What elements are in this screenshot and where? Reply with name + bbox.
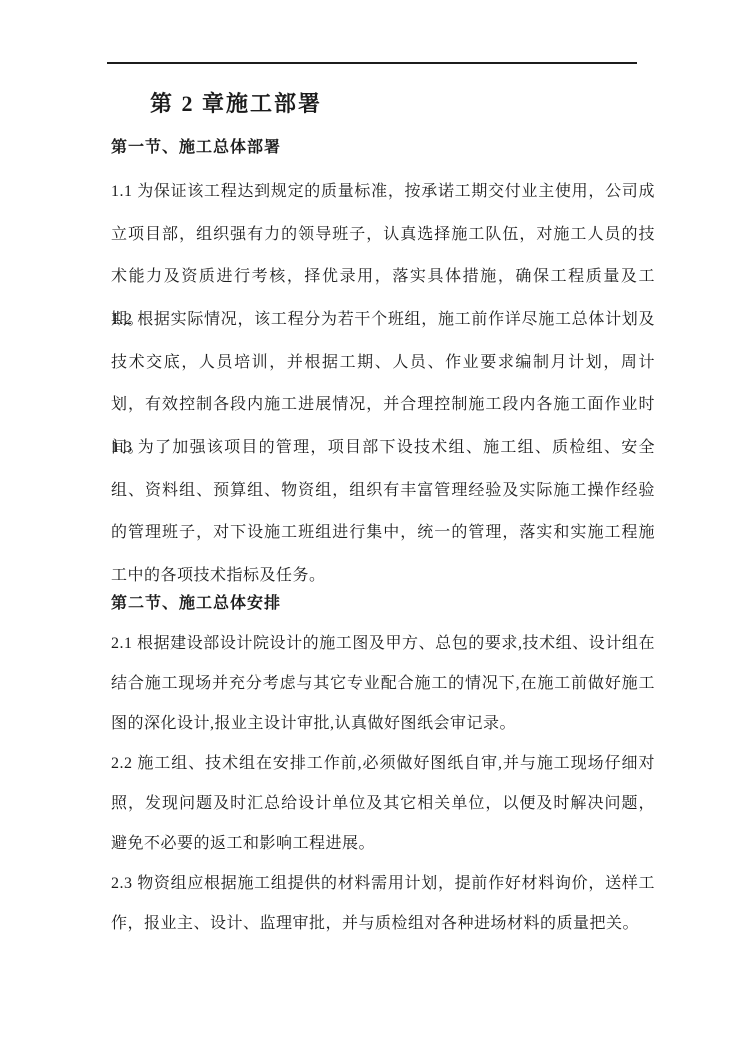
paragraph-2-1: 2.1 根据建设部设计院设计的施工图及甲方、总包的要求,技术组、设计组在结合施工… — [111, 624, 655, 744]
paragraph-2-3: 2.3 物资组应根据施工组提供的材料需用计划，提前作好材料询价，送样工作，报业主… — [111, 864, 655, 944]
document-page: 第 2 章施工部署 第一节、施工总体部署 1.1 为保证该工程达到规定的质量标准… — [0, 0, 744, 1052]
header-rule — [107, 62, 637, 64]
paragraph-1-3: 1.3 为了加强该项目的管理，项目部下设技术组、施工组、质检组、安全组、资料组、… — [111, 427, 655, 598]
section-heading-1: 第一节、施工总体部署 — [111, 136, 281, 160]
chapter-title: 第 2 章施工部署 — [150, 89, 322, 119]
section-heading-2: 第二节、施工总体安排 — [111, 592, 281, 616]
paragraph-2-2: 2.2 施工组、技术组在安排工作前,必须做好图纸自审,并与施工现场仔细对照，发现… — [111, 744, 655, 864]
